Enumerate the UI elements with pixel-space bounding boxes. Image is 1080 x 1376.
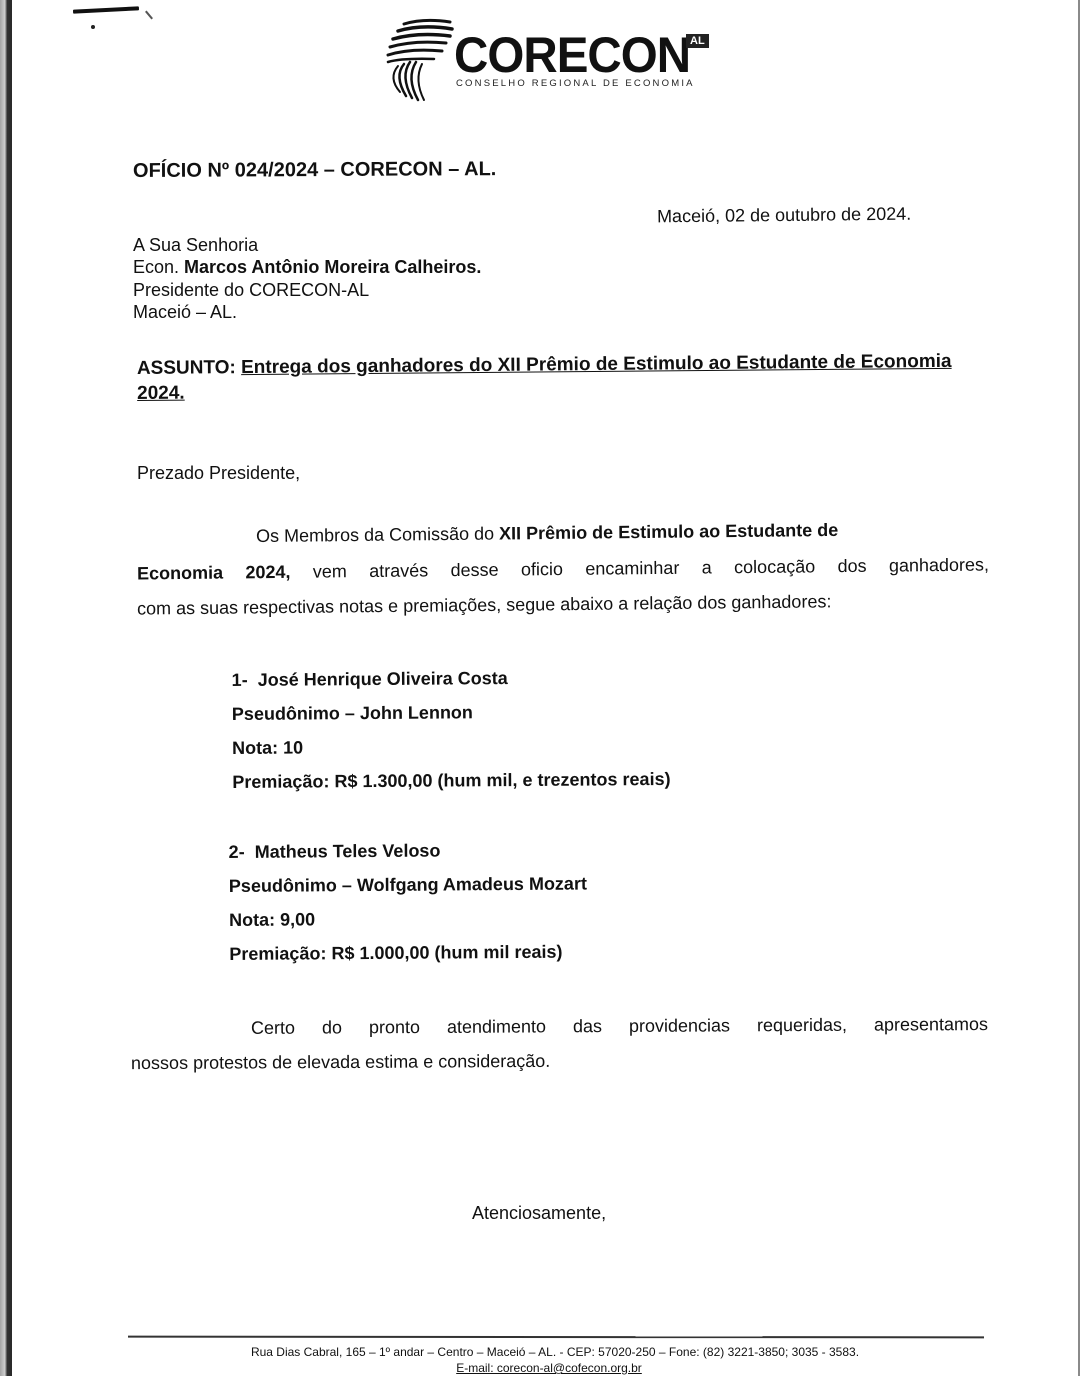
winner-name-line: 1- José Henrique Oliveira Costa <box>232 660 670 697</box>
addressee-prefix: Econ. <box>133 257 184 277</box>
winner-prize: Premiação: R$ 1.000,00 (hum mil reais) <box>229 934 587 970</box>
scan-mark <box>73 6 139 13</box>
body-paragraph-2-line-1: Certo do pronto atendimento das providen… <box>251 1006 988 1046</box>
winner-grade: Nota: 10 <box>232 728 670 765</box>
body-paragraph-1-line-3: com as suas respectivas notas e premiaçõ… <box>137 583 832 626</box>
corecon-logo: CORECON AL CONSELHO REGIONAL DE ECONOMIA <box>384 14 724 104</box>
winner-entry: 2- Matheus Teles Veloso Pseudônimo – Wol… <box>229 833 588 971</box>
winner-name: Matheus Teles Veloso <box>255 841 441 862</box>
addressee-name: Marcos Antônio Moreira Calheiros. <box>184 257 481 277</box>
scan-dot <box>91 25 95 29</box>
winner-rank: 1- <box>232 670 248 690</box>
addressee-line-3: Presidente do CORECON-AL <box>133 279 369 301</box>
closing: Atenciosamente, <box>472 1203 606 1224</box>
footer-divider <box>128 1336 984 1339</box>
winner-pseudonym: Pseudônimo – Wolfgang Amadeus Mozart <box>229 867 587 903</box>
body1-rest-line2: vem através desse oficio encaminhar a co… <box>290 555 989 582</box>
addressee-line-1: A Sua Senhoria <box>133 234 258 256</box>
scan-edge-left <box>0 0 12 1376</box>
globe-swirl-icon <box>384 14 459 102</box>
salutation: Prezado Presidente, <box>137 463 300 484</box>
winner-entry: 1- José Henrique Oliveira Costa Pseudôni… <box>232 660 671 799</box>
subject: ASSUNTO: Entrega dos ganhadores do XII P… <box>137 349 992 406</box>
body1-intro: Os Membros da Comissão do <box>256 524 499 547</box>
footer-email-link[interactable]: E-mail: corecon-al@cofecon.org.br <box>0 1361 1080 1375</box>
document-title: OFÍCIO Nº 024/2024 – CORECON – AL. <box>133 158 496 183</box>
winner-pseudonym: Pseudônimo – John Lennon <box>232 694 670 731</box>
winner-name: José Henrique Oliveira Costa <box>258 668 508 690</box>
body1-prize-bold-1: XII Prêmio de Estimulo ao Estudante de <box>499 520 838 544</box>
winner-rank: 2- <box>229 842 245 862</box>
logo-wordmark: CORECON <box>454 30 690 80</box>
logo-badge: AL <box>686 34 709 48</box>
subject-label: ASSUNTO: <box>137 357 236 379</box>
addressee-line-4: Maceió – AL. <box>133 301 237 323</box>
body1-prize-bold-2: Economia 2024, <box>137 562 291 584</box>
scan-tick <box>145 11 153 20</box>
body-paragraph-2-line-2: nossos protestos de elevada estima e con… <box>131 1043 550 1081</box>
winner-grade: Nota: 9,00 <box>229 901 587 937</box>
body-paragraph-1-line-2: Economia 2024, vem através desse oficio … <box>137 547 989 592</box>
body-paragraph-1-line-1: Os Membros da Comissão do XII Prêmio de … <box>256 512 839 554</box>
logo-subtitle: CONSELHO REGIONAL DE ECONOMIA <box>456 78 695 89</box>
winner-prize: Premiação: R$ 1.300,00 (hum mil, e treze… <box>232 762 670 799</box>
winner-name-line: 2- Matheus Teles Veloso <box>229 833 587 869</box>
footer-address: Rua Dias Cabral, 165 – 1º andar – Centro… <box>0 1345 1080 1359</box>
addressee-line-2: Econ. Marcos Antônio Moreira Calheiros. <box>133 256 481 278</box>
subject-text: Entrega dos ganhadores do XII Prêmio de … <box>137 351 952 404</box>
document-date: Maceió, 02 de outubro de 2024. <box>657 204 911 228</box>
